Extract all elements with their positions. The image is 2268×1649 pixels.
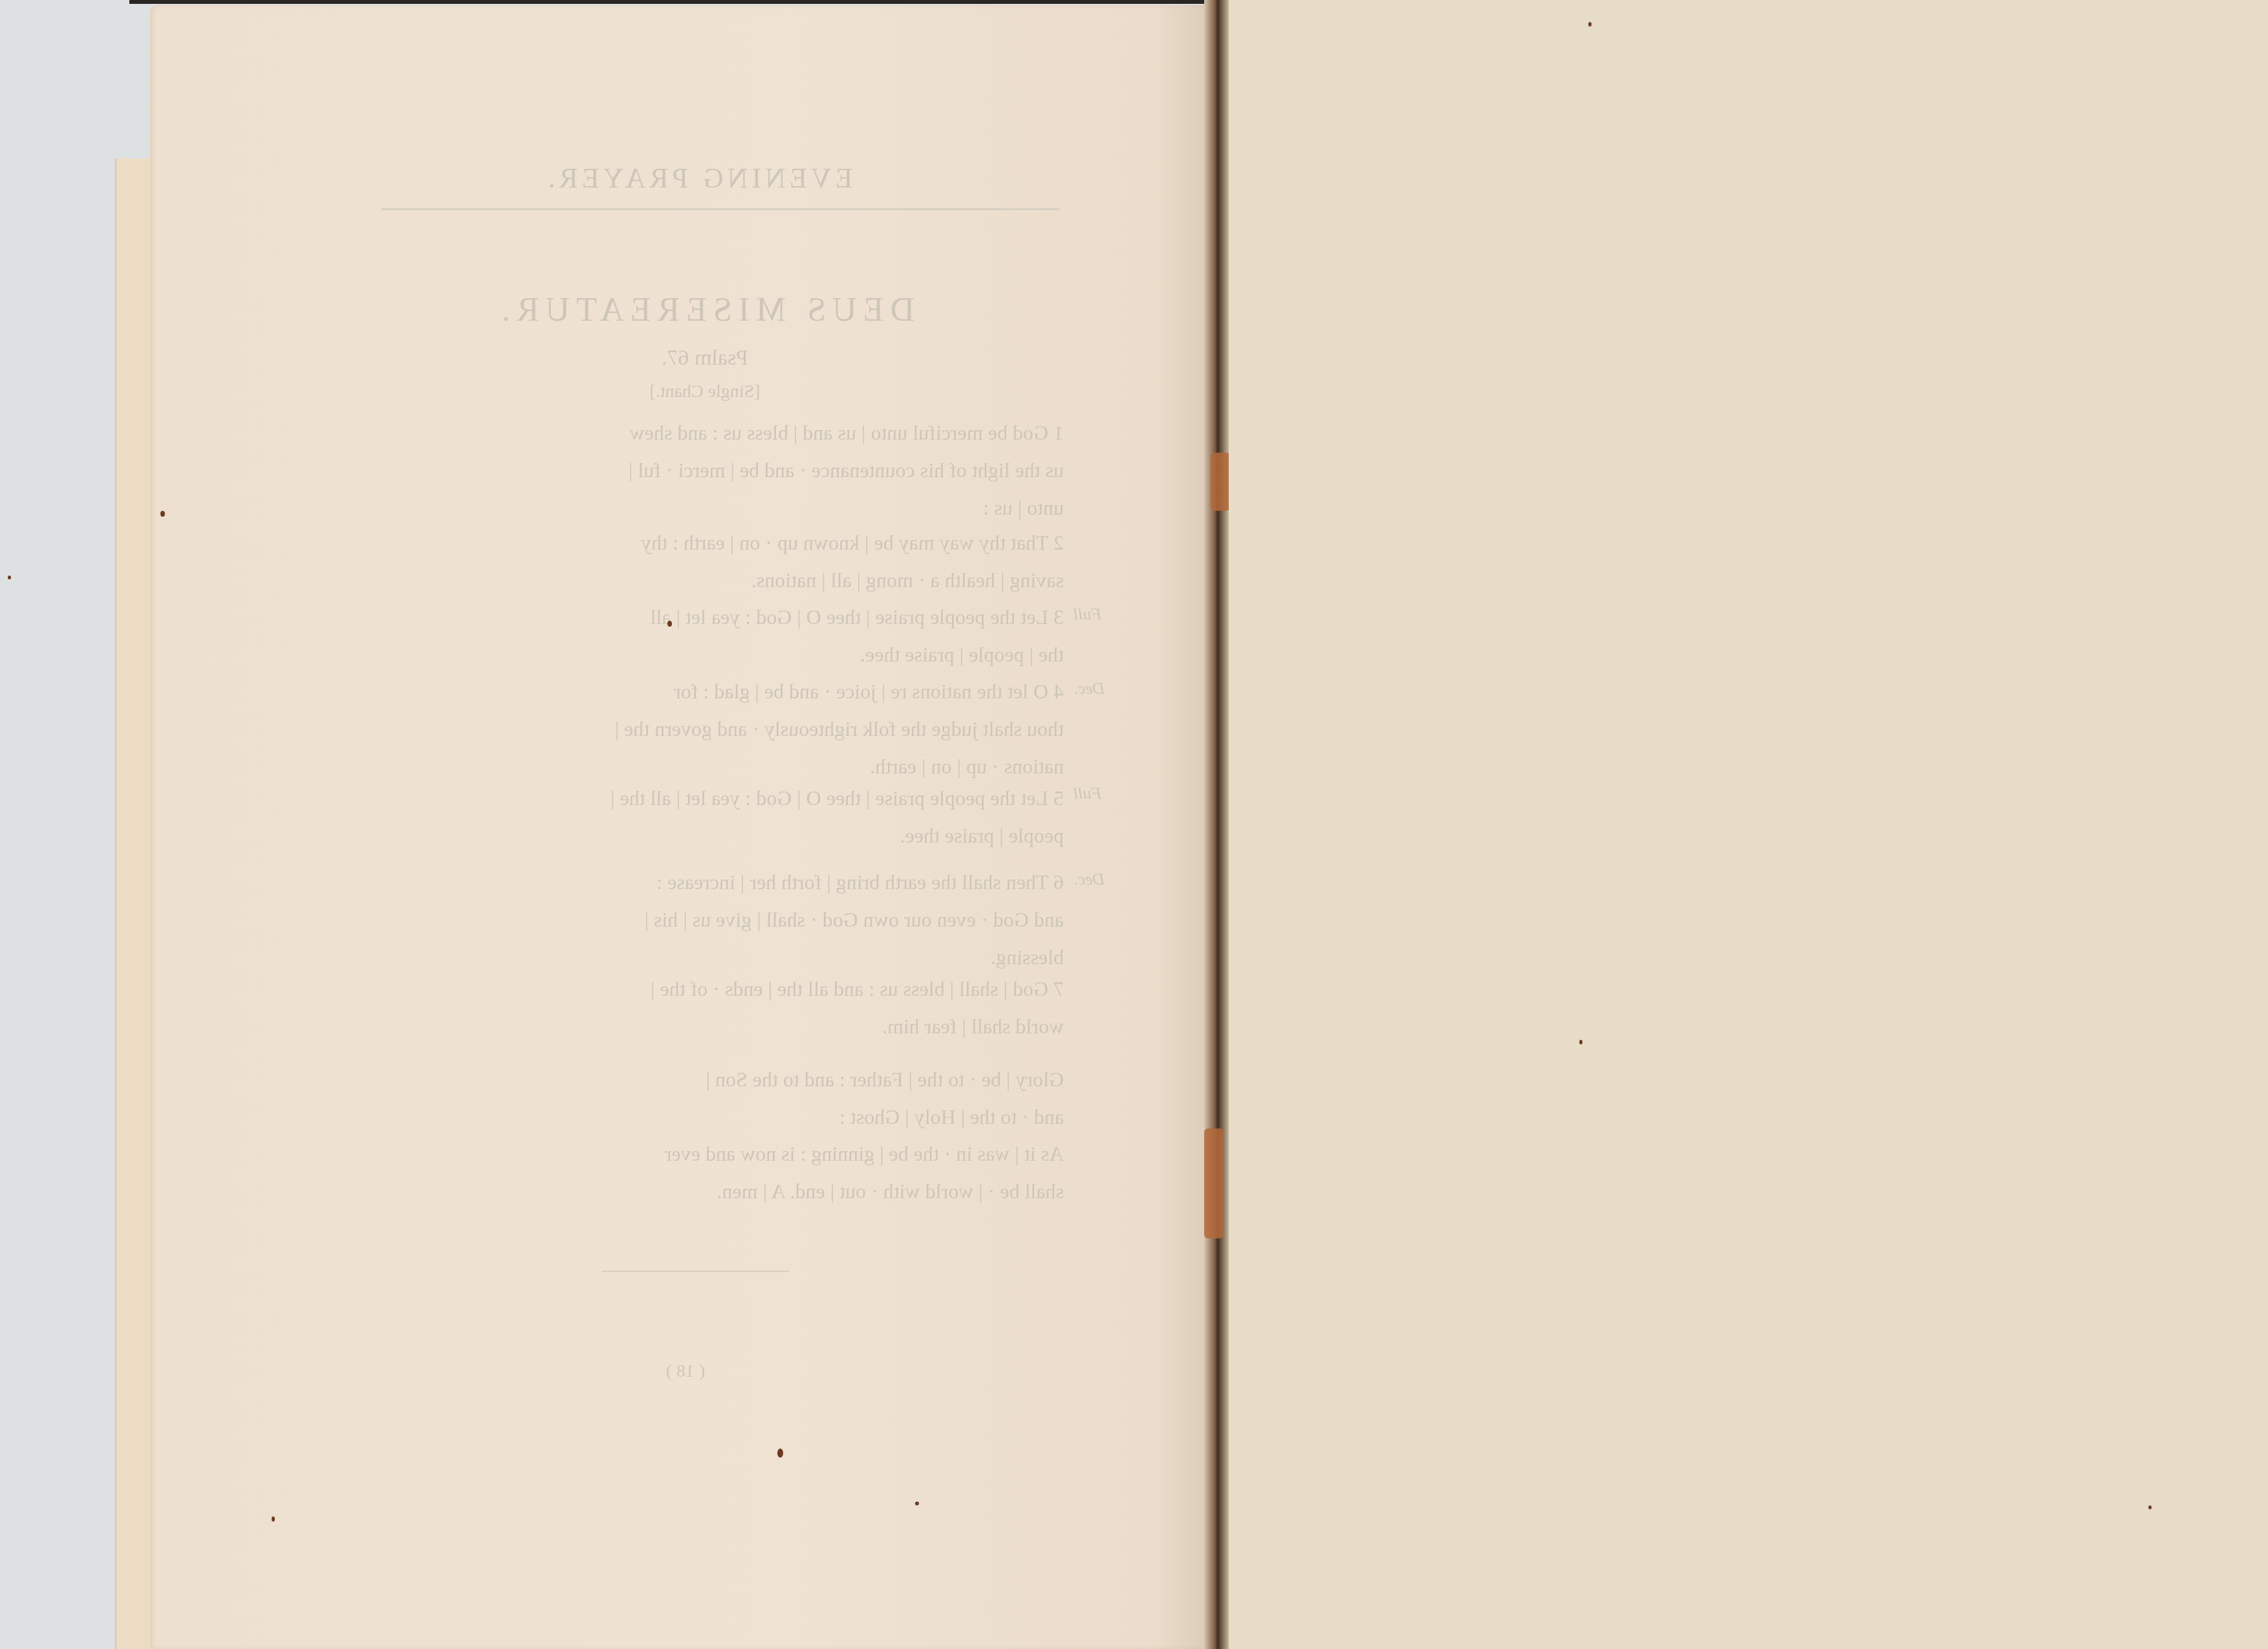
verse-line: thou shalt judge the folk righteously · …	[365, 710, 1064, 748]
verse-line: 5 Let the people praise | thee O | God :…	[365, 779, 1064, 817]
verse-3: 3 Let the people praise | thee O | God :…	[365, 598, 1064, 673]
page-number: ( 18 )	[634, 1361, 737, 1382]
right-page-blank	[1229, 0, 2268, 1649]
verse-line: people | praise thee.	[365, 817, 1064, 854]
verse-4: 4 O let the nations re | joice · and be …	[365, 673, 1064, 785]
foxing-spot	[1588, 22, 1592, 27]
verse-line: shall be · | world with · out | end. A |…	[365, 1172, 1064, 1210]
psalm-title: DEUS MISEREATUR.	[466, 291, 944, 329]
foxing-spot	[160, 511, 165, 517]
verse-line: As it | was in · the be | ginning : is n…	[365, 1135, 1064, 1172]
verse-5: 5 Let the people praise | thee O | God :…	[365, 779, 1064, 854]
rust-staple-bottom	[1204, 1128, 1224, 1238]
verse-line: unto | us :	[365, 489, 1064, 526]
verse-line: and · to the | Holy | Ghost :	[365, 1098, 1064, 1136]
verse-line: the | people | praise thee.	[365, 636, 1064, 673]
verse-2: 2 That thy way may be | known up · on | …	[365, 524, 1064, 599]
verse-line: Glory | be · to the | Father : and to th…	[365, 1061, 1064, 1098]
margin-note: Full	[1074, 784, 1101, 803]
margin-note: Dec.	[1074, 679, 1105, 698]
footer-rule	[601, 1271, 789, 1272]
foxing-spot	[777, 1449, 783, 1458]
foxing-spot	[915, 1502, 919, 1505]
running-head: EVENING PRAYER.	[530, 162, 867, 195]
gloria-1: Glory | be · to the | Father : and to th…	[365, 1061, 1064, 1136]
rust-staple-top	[1211, 453, 1230, 511]
verse-line: saving | health a · mong | all | nations…	[365, 561, 1064, 599]
psalm-number: Psalm 67.	[556, 346, 854, 371]
verse-line: 3 Let the people praise | thee O | God :…	[365, 598, 1064, 636]
book-gutter	[1204, 0, 1229, 1649]
foxing-spot	[8, 576, 11, 579]
foxing-spot	[2148, 1505, 2152, 1509]
verse-line: and God · even our own God · shall | giv…	[365, 901, 1064, 938]
verse-6: 6 Then shall the earth bring | forth her…	[365, 863, 1064, 976]
verse-line: 1 God be merciful unto | us and | bless …	[365, 414, 1064, 451]
verse-7: 7 God | shall | bless us : and all the |…	[365, 970, 1064, 1045]
margin-note: Full	[1074, 605, 1101, 624]
verse-line: 7 God | shall | bless us : and all the |…	[365, 970, 1064, 1008]
foxing-spot	[1579, 1040, 1582, 1044]
verse-line: 4 O let the nations re | joice · and be …	[365, 673, 1064, 710]
verse-1: 1 God be merciful unto | us and | bless …	[365, 414, 1064, 526]
header-rule	[382, 208, 1061, 210]
foxing-spot	[272, 1516, 275, 1522]
verse-line: world shall | fear him.	[365, 1008, 1064, 1045]
verse-line: 2 That thy way may be | known up · on | …	[365, 524, 1064, 561]
gloria-2: As it | was in · the be | ginning : is n…	[365, 1135, 1064, 1210]
chant-note: [Single Chant.]	[556, 382, 854, 402]
verse-line: 6 Then shall the earth bring | forth her…	[365, 863, 1064, 901]
verse-line: us the light of his countenance · and be…	[365, 451, 1064, 489]
foxing-spot	[667, 621, 672, 627]
margin-note: Dec.	[1074, 870, 1105, 889]
